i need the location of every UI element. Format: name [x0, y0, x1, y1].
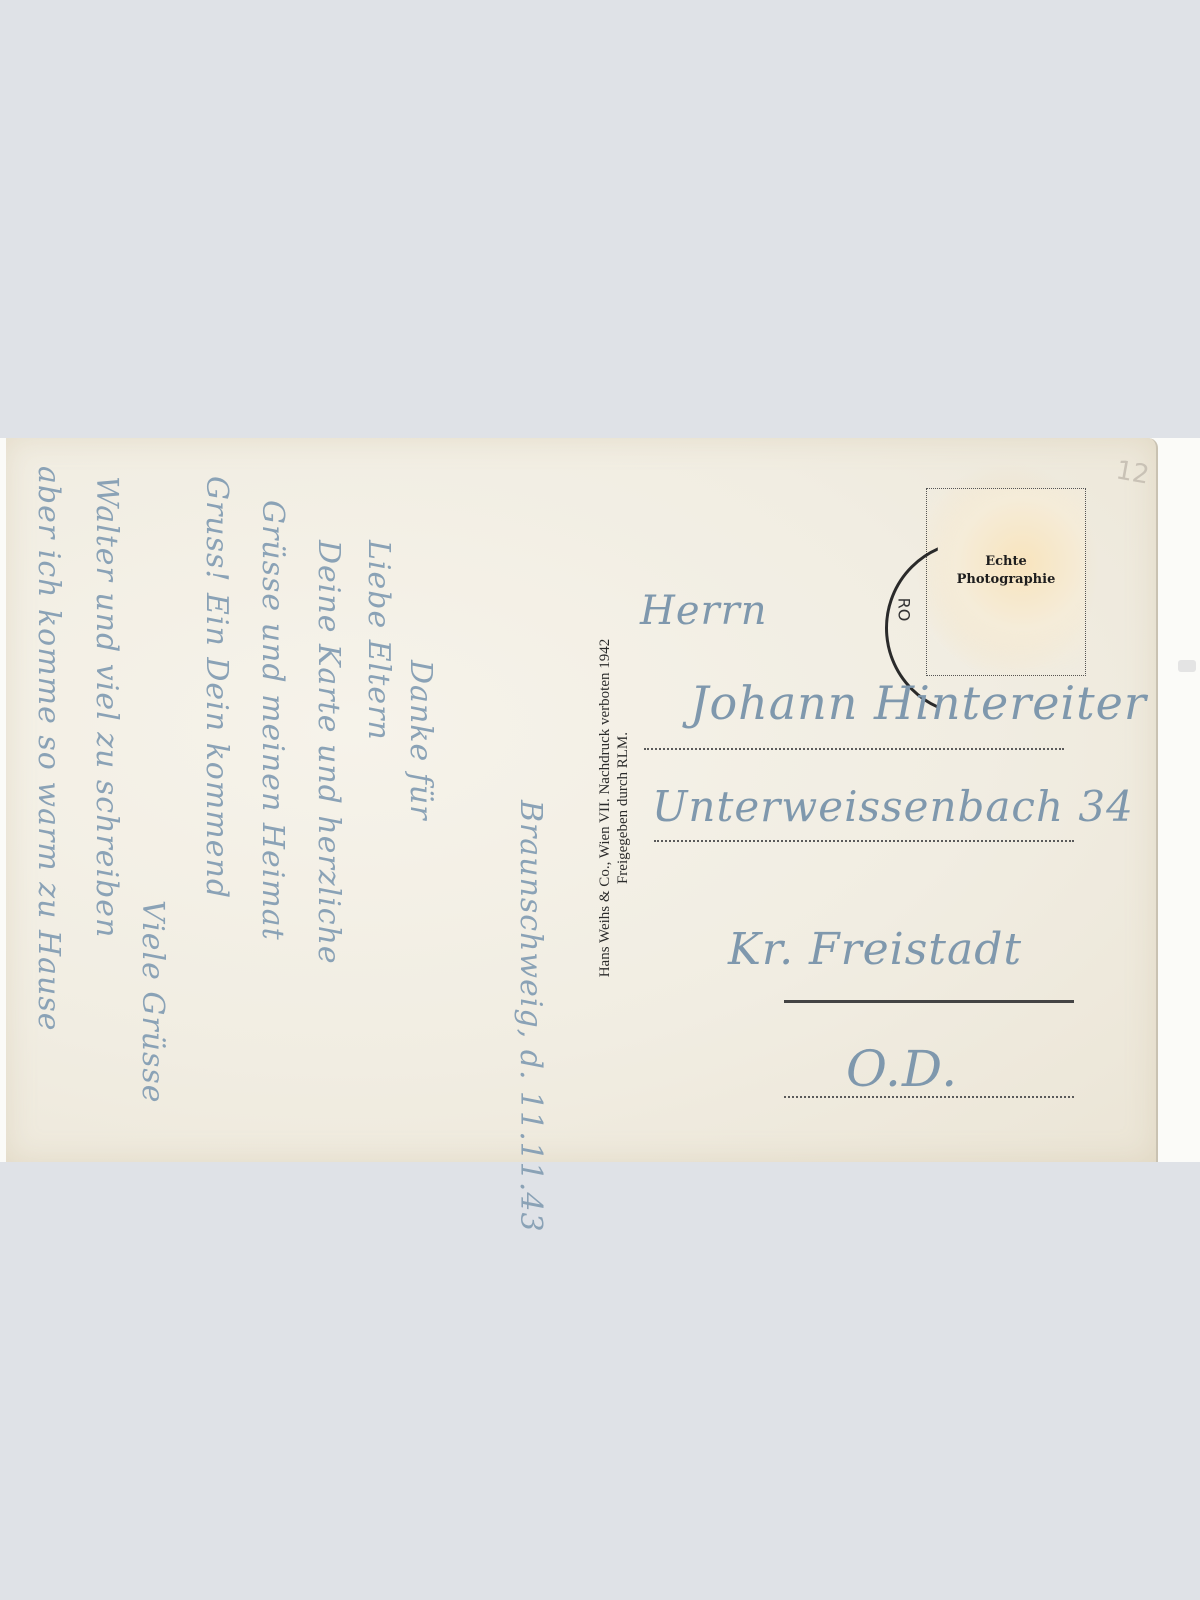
message-line-3: Grüsse und meinen Heimat	[255, 500, 290, 941]
address-line-1	[644, 748, 1064, 750]
scan-edge-mark	[1178, 660, 1196, 672]
message-line-2: Deine Karte und herzliche	[311, 540, 346, 965]
message-line-5: Viele Grüsse	[135, 900, 170, 1104]
message-line-6: Walter und viel zu schreiben	[89, 476, 124, 938]
address-line-4	[784, 1096, 1074, 1098]
address-salutation: Herrn	[640, 588, 768, 634]
postmark-text: RO	[894, 598, 913, 622]
address-name: Johann Hintereiter	[690, 676, 1147, 730]
publisher-imprint: Hans Weihs & Co., Wien VII. Nachdruck ve…	[596, 548, 632, 1068]
imprint-line2: Freigegeben durch RLM.	[614, 548, 632, 1068]
message-line-4: Gruss! Ein Dein kommend	[199, 476, 234, 899]
message-line-7: aber ich komme so warm zu Hause	[31, 466, 66, 1031]
message-line-0: Liebe Eltern	[361, 540, 396, 741]
stamp-label: Echte Photographie	[927, 553, 1085, 589]
address-line-2	[654, 840, 1074, 842]
stamp-placeholder-box: Echte Photographie	[926, 488, 1086, 676]
message-line-1: Danke für	[403, 660, 438, 821]
address-district: Kr. Freistadt	[728, 924, 1022, 975]
card-number: 12	[1114, 455, 1152, 490]
address-line-3	[784, 1000, 1074, 1003]
address-region: O.D.	[846, 1040, 958, 1098]
stamp-label-line2: Photographie	[927, 571, 1085, 589]
stamp-label-line1: Echte	[927, 553, 1085, 571]
imprint-line1: Hans Weihs & Co., Wien VII. Nachdruck ve…	[596, 548, 614, 1068]
address-street: Unterweissenbach 34	[652, 782, 1134, 831]
message-place-date: Braunschweig, d. 11.11.43	[513, 800, 548, 1233]
